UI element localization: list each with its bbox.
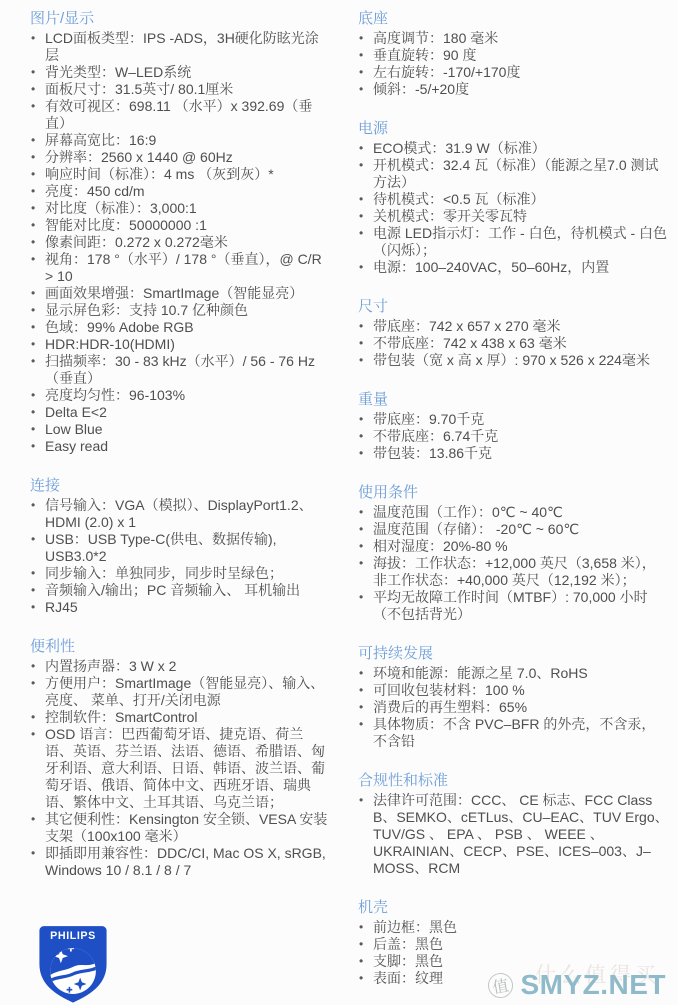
spec-item: 内置扬声器：3 W x 2 xyxy=(30,658,330,675)
spec-item: 同步输入：单独同步，同步时呈绿色； xyxy=(30,565,330,582)
section-title: 机壳 xyxy=(358,899,670,916)
philips-wordmark: PHILIPS xyxy=(50,930,96,942)
spec-item: 消费后的再生塑料：65% xyxy=(358,699,670,716)
spec-item: 背光类型：W–LED系统 xyxy=(30,64,330,81)
section-title: 便利性 xyxy=(30,638,330,655)
spec-item: 画面效果增强：SmartImage（智能显亮） xyxy=(30,285,330,302)
spec-item: 即插即用兼容性：DDC/CI, Mac OS X, sRGB, Windows … xyxy=(30,845,330,879)
spec-list: 带底座：742 x 657 x 270 毫米不带底座：742 x 438 x 6… xyxy=(358,318,670,369)
spec-item: 高度调节：180 毫米 xyxy=(358,30,670,47)
section-title: 电源 xyxy=(358,120,670,137)
spec-item: ECO模式：31.9 W（标准） xyxy=(358,140,670,157)
site-watermark: 值 SMYZ.NET xyxy=(488,971,666,999)
spec-item: OSD 语言：巴西葡萄牙语、捷克语、荷兰语、英语、芬兰语、法语、德语、希腊语、匈… xyxy=(30,726,330,811)
spec-item: USB：USB Type-C(供电、数据传输), USB3.0*2 xyxy=(30,531,330,565)
spec-item: 关机模式：零开关零瓦特 xyxy=(358,208,670,225)
spec-list: 信号输入：VGA（模拟）、DisplayPort1.2、HDMI (2.0) x… xyxy=(30,497,330,616)
spec-item: 方便用户：SmartImage（智能显亮）、输入、亮度、 菜单、打开/关闭电源 xyxy=(30,675,330,709)
spec-item: 不带底座：6.74千克 xyxy=(358,428,670,445)
spec-item: 带包装：13.86千克 xyxy=(358,445,670,462)
spec-item: 平均无故障工作时间（MTBF）: 70,000 小时（不包括背光） xyxy=(358,589,670,623)
spec-item: 色域：99% Adobe RGB xyxy=(30,319,330,336)
spec-item: 亮度：450 cd/m xyxy=(30,183,330,200)
spec-item: 环境和能源：能源之星 7.0、RoHS xyxy=(358,665,670,682)
spec-item: 扫描频率：30 - 83 kHz（水平）/ 56 - 76 Hz（垂直） xyxy=(30,353,330,387)
spec-sheet: 图片/显示LCD面板类型：IPS -ADS，3H硬化防眩光涂层背光类型：W–LE… xyxy=(0,0,678,987)
spec-list: 环境和能源：能源之星 7.0、RoHS可回收包装材料：100 %消费后的再生塑料… xyxy=(358,665,670,750)
spec-item: Delta E<2 xyxy=(30,404,330,421)
spec-item: Easy read xyxy=(30,438,330,455)
spec-item: 左右旋转：-170/+170度 xyxy=(358,64,670,81)
section-title: 连接 xyxy=(30,477,330,494)
spec-list: 温度范围（工作）：0℃ ~ 40℃温度范围（存储）： -20℃ ~ 60℃相对湿… xyxy=(358,504,670,623)
section-title: 尺寸 xyxy=(358,298,670,315)
spec-item: 控制软件：SmartControl xyxy=(30,709,330,726)
section-title: 图片/显示 xyxy=(30,10,330,27)
spec-list: LCD面板类型：IPS -ADS，3H硬化防眩光涂层背光类型：W–LED系统面板… xyxy=(30,30,330,455)
spec-item: 开机模式：32.4 瓦（标准）（能源之星7.0 测试方法） xyxy=(358,157,670,191)
spec-item: 智能对比度：50000000 :1 xyxy=(30,217,330,234)
philips-logo: PHILIPS xyxy=(34,924,112,1004)
spec-item: 后盖：黑色 xyxy=(358,936,670,953)
spec-item: 显示屏色彩：支持 10.7 亿种颜色 xyxy=(30,302,330,319)
spec-item: 像素间距：0.272 x 0.272毫米 xyxy=(30,234,330,251)
spec-item: Low Blue xyxy=(30,421,330,438)
spec-item: 亮度均匀性：96-103% xyxy=(30,387,330,404)
spec-list: 内置扬声器：3 W x 2方便用户：SmartImage（智能显亮）、输入、亮度… xyxy=(30,658,330,879)
spec-list: 高度调节：180 毫米垂直旋转：90 度左右旋转：-170/+170度倾斜：-5… xyxy=(358,30,670,98)
spec-item: 电源：100–240VAC，50–60Hz，内置 xyxy=(358,259,670,276)
spec-item: 对比度（标准）：3,000:1 xyxy=(30,200,330,217)
section-title: 重量 xyxy=(358,391,670,408)
spec-list: 带底座：9.70千克不带底座：6.74千克带包装：13.86千克 xyxy=(358,411,670,462)
spec-item: 不带底座：742 x 438 x 63 毫米 xyxy=(358,335,670,352)
spec-item: 温度范围（存储）： -20℃ ~ 60℃ xyxy=(358,521,670,538)
spec-item: 带包装（宽 x 高 x 厚）: 970 x 526 x 224毫米 xyxy=(358,352,670,369)
spec-item: 温度范围（工作）：0℃ ~ 40℃ xyxy=(358,504,670,521)
spec-item: 海拔：工作状态：+12,000 英尺（3,658 米）， 非工作状态：+40,0… xyxy=(358,555,670,589)
spec-item: LCD面板类型：IPS -ADS，3H硬化防眩光涂层 xyxy=(30,30,330,64)
spec-item: RJ45 xyxy=(30,599,330,616)
section-title: 可持续发展 xyxy=(358,645,670,662)
spec-item: 相对湿度：20%-80 % xyxy=(358,538,670,555)
spec-item: 分辨率：2560 x 1440 @ 60Hz xyxy=(30,149,330,166)
section-title: 使用条件 xyxy=(358,484,670,501)
spec-item: HDR:HDR-10(HDMI) xyxy=(30,336,330,353)
section-title: 合规性和标准 xyxy=(358,772,670,789)
section-title: 底座 xyxy=(358,10,670,27)
spec-item: 信号输入：VGA（模拟）、DisplayPort1.2、HDMI (2.0) x… xyxy=(30,497,330,531)
spec-item: 电源 LED指示灯：工作 - 白色，待机模式 - 白色（闪烁）； xyxy=(358,225,670,259)
spec-item: 面板尺寸：31.5英寸/ 80.1厘米 xyxy=(30,81,330,98)
spec-item: 具体物质：不含 PVC–BFR 的外壳，不含汞， 不含铅 xyxy=(358,716,670,750)
spec-item: 音频输入/输出；PC 音频输入、 耳机输出 xyxy=(30,582,330,599)
spec-item: 有效可视区：698.11 （水平）x 392.69（垂直） xyxy=(30,98,330,132)
spec-item: 视角：178 °（水平）/ 178 °（垂直），@ C/R > 10 xyxy=(30,251,330,285)
spec-list: 法律许可范围：CCC、 CE 标志、FCC Class B、SEMKO、cETL… xyxy=(358,792,670,877)
watermark-site-text: SMYZ.NET xyxy=(520,971,666,999)
spec-item: 带底座：9.70千克 xyxy=(358,411,670,428)
spec-item: 垂直旋转：90 度 xyxy=(358,47,670,64)
spec-item: 屏幕高宽比：16:9 xyxy=(30,132,330,149)
spec-item: 倾斜：-5/+20度 xyxy=(358,81,670,98)
spec-item: 响应时间（标准）：4 ms （灰到灰）* xyxy=(30,166,330,183)
zhi-badge-icon: 值 xyxy=(486,971,515,1000)
spec-item: 待机模式：<0.5 瓦（标准） xyxy=(358,191,670,208)
spec-item: 带底座：742 x 657 x 270 毫米 xyxy=(358,318,670,335)
spec-item: 法律许可范围：CCC、 CE 标志、FCC Class B、SEMKO、cETL… xyxy=(358,792,670,877)
spec-list: ECO模式：31.9 W（标准）开机模式：32.4 瓦（标准）（能源之星7.0 … xyxy=(358,140,670,276)
spec-column-left: 图片/显示LCD面板类型：IPS -ADS，3H硬化防眩光涂层背光类型：W–LE… xyxy=(30,8,330,987)
spec-item: 可回收包装材料：100 % xyxy=(358,682,670,699)
spec-item: 前边框：黑色 xyxy=(358,919,670,936)
spec-item: 其它便利性：Kensington 安全锁、VESA 安装 支架（100x100 … xyxy=(30,811,330,845)
spec-column-right: 底座高度调节：180 毫米垂直旋转：90 度左右旋转：-170/+170度倾斜：… xyxy=(358,8,670,987)
